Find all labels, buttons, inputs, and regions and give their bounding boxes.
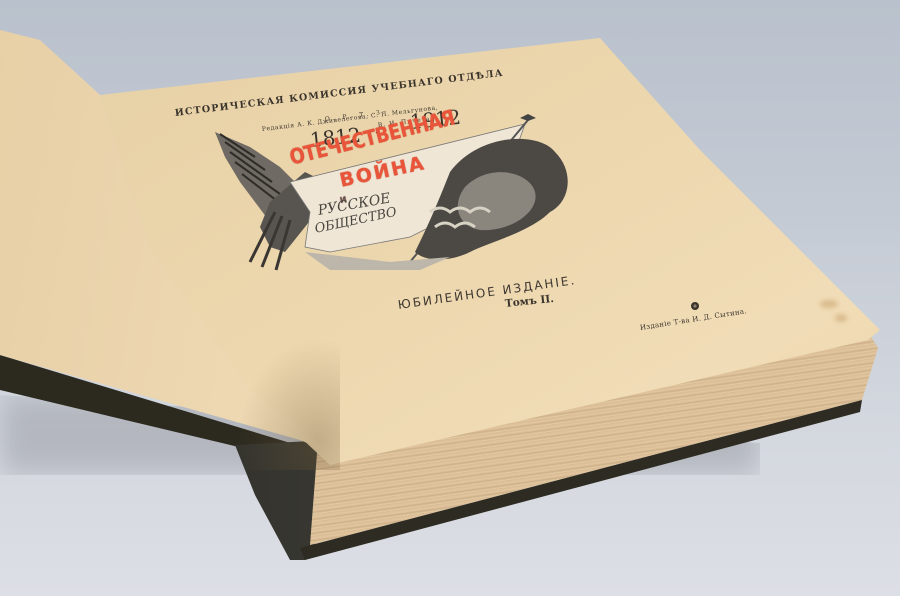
book-photo: ИСТОРИЧЕСКАЯ КОМИССИЯ УЧЕБНАГО ОТДѢЛА О.… <box>0 0 900 596</box>
title-page-text: ИСТОРИЧЕСКАЯ КОМИССИЯ УЧЕБНАГО ОТДѢЛА О.… <box>0 0 900 596</box>
imperial-crest-icon <box>690 301 700 311</box>
